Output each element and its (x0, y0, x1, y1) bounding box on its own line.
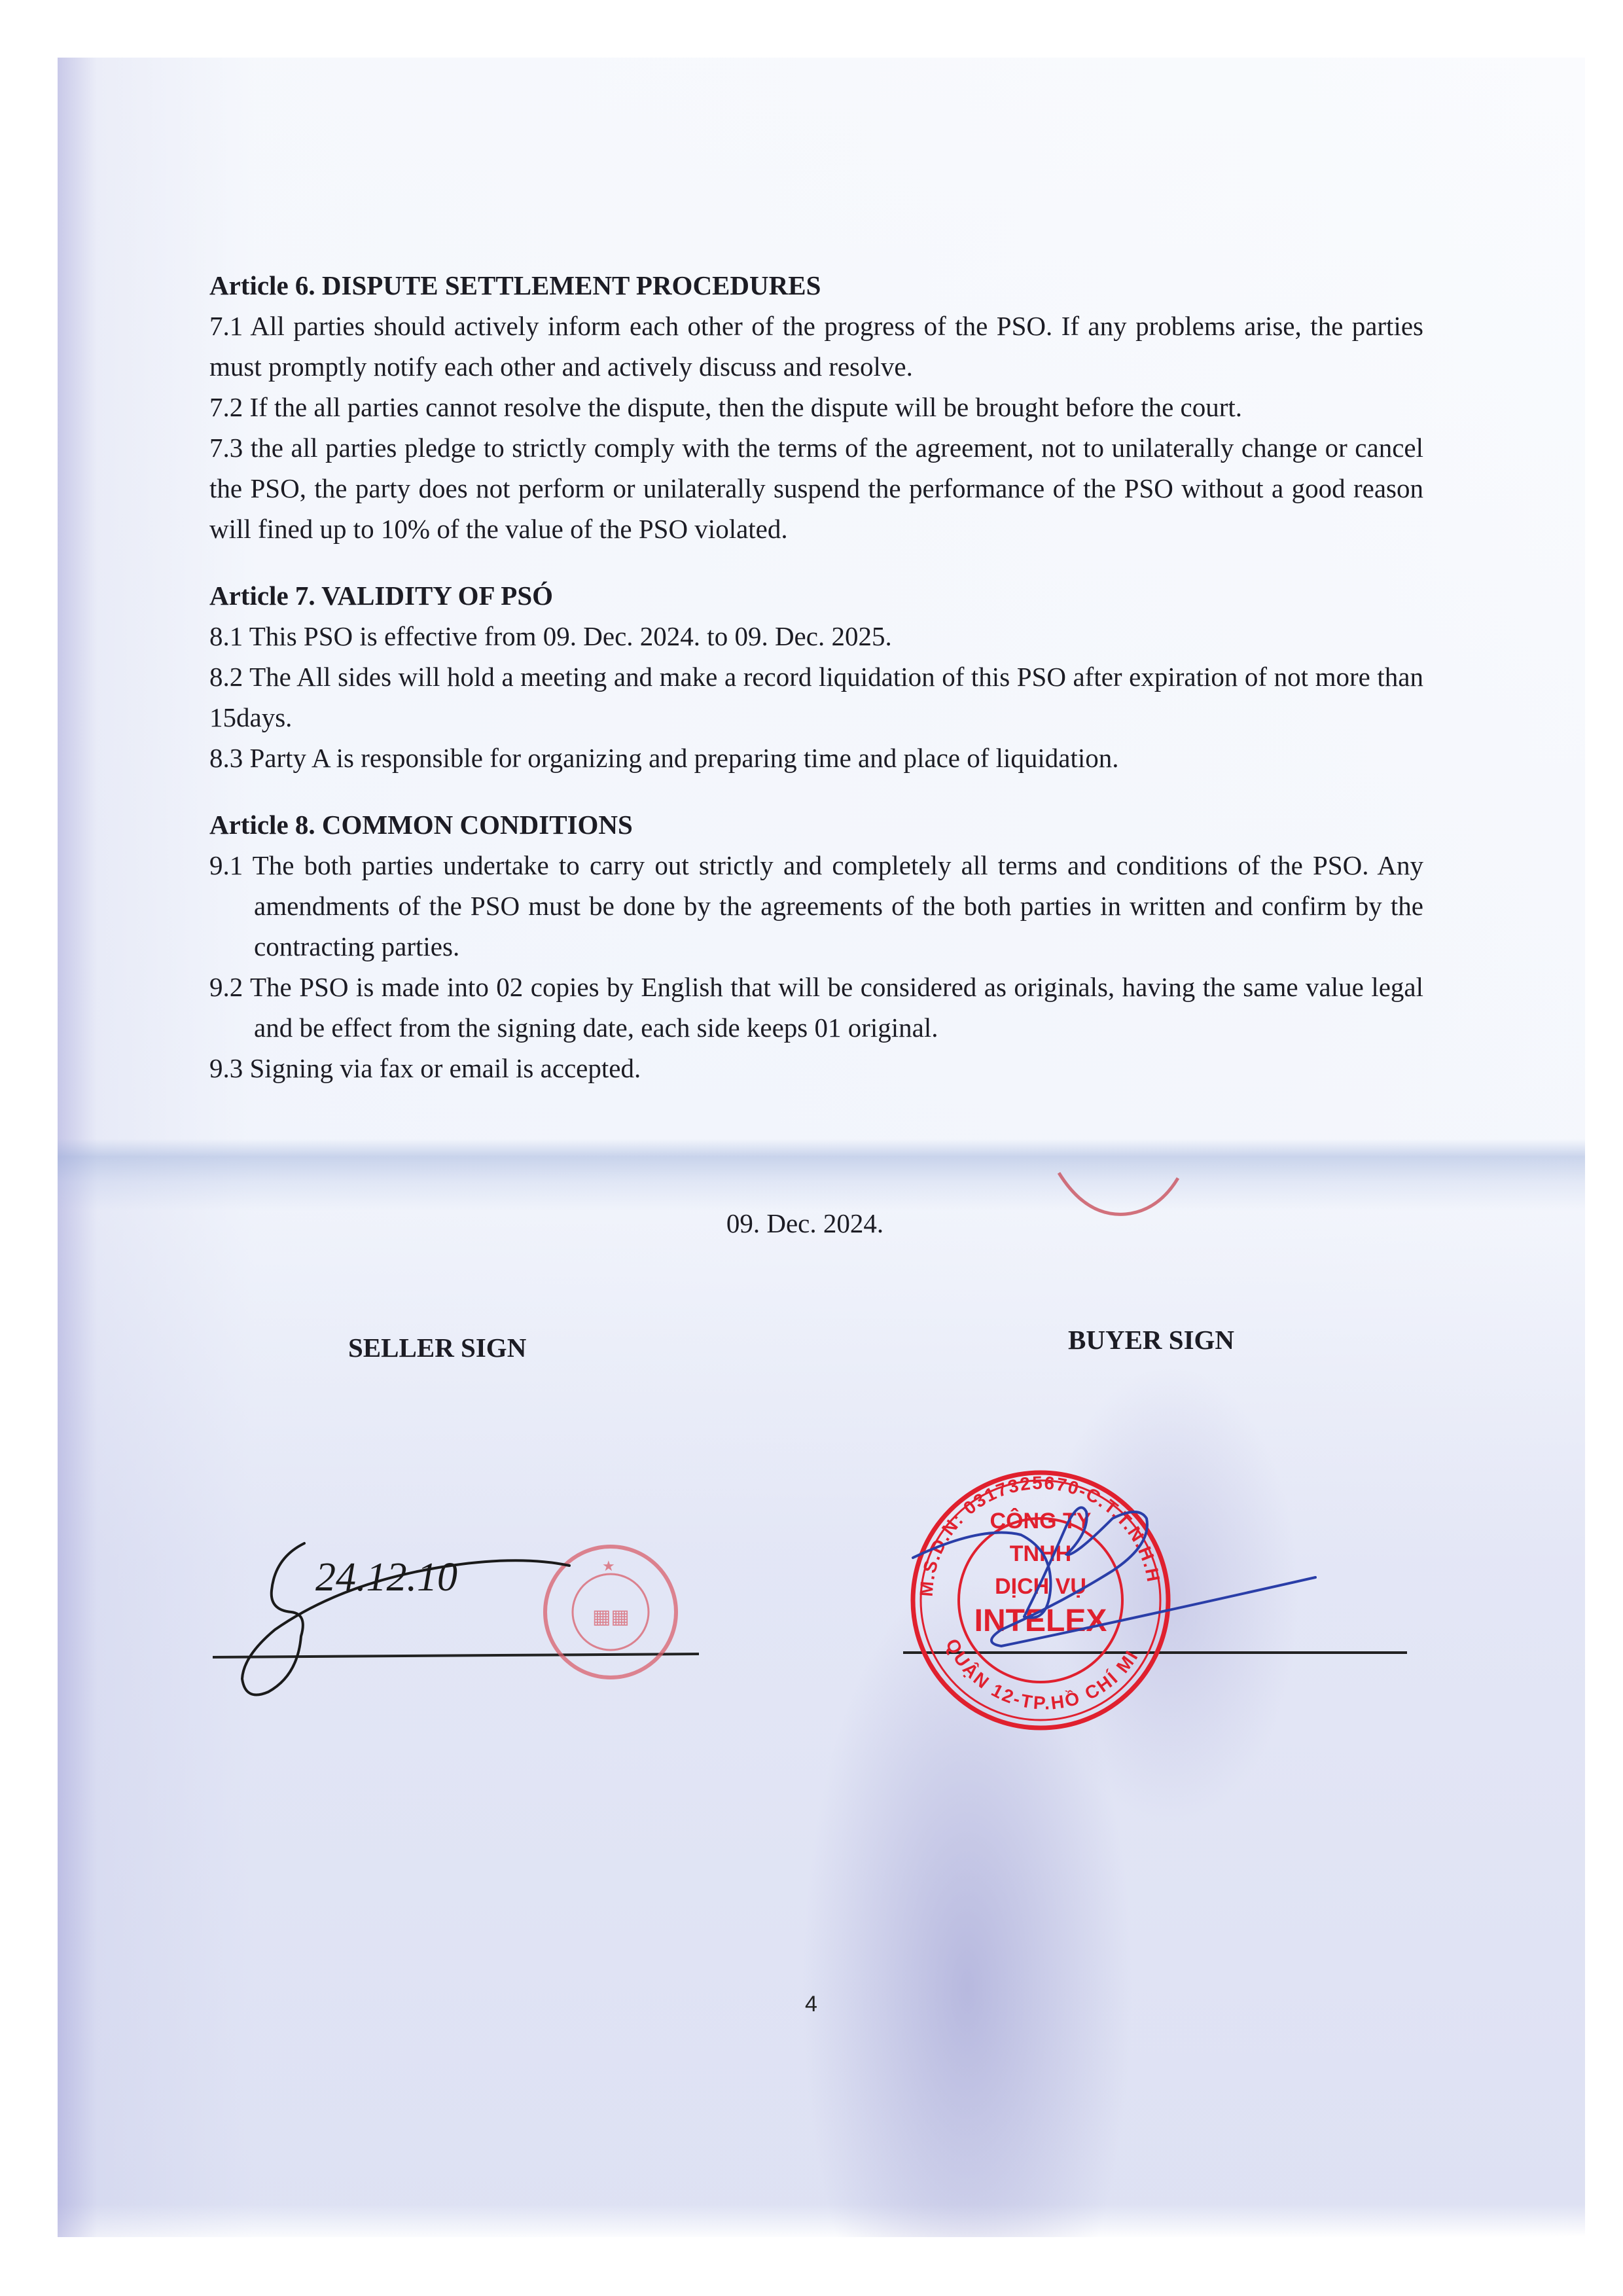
clause-7-2: 7.2 If the all parties cannot resolve th… (209, 387, 1423, 427)
clause-8-1: 8.1 This PSO is effective from 09. Dec. … (209, 616, 1423, 656)
signing-date-text: 09. Dec. 2024. (726, 1208, 883, 1238)
signing-date: 09. Dec. 2024. (0, 1208, 1623, 1239)
article-7-heading: Article 7. VALIDITY OF PSÓ (209, 575, 1423, 616)
paper-fold-shadow (58, 1139, 1585, 1211)
clause-8-2: 8.2 The All sides will hold a meeting an… (209, 656, 1423, 738)
clause-9-1: 9.1 The both parties undertake to carry … (209, 845, 1423, 967)
clause-9-2: 9.2 The PSO is made into 02 copies by En… (209, 967, 1423, 1048)
document-body: Article 6. DISPUTE SETTLEMENT PROCEDURES… (209, 265, 1423, 1088)
article-8-heading: Article 8. COMMON CONDITIONS (209, 804, 1423, 845)
clause-7-3: 7.3 the all parties pledge to strictly c… (209, 427, 1423, 549)
article-6-heading: Article 6. DISPUTE SETTLEMENT PROCEDURES (209, 265, 1423, 306)
article-6: Article 6. DISPUTE SETTLEMENT PROCEDURES… (209, 265, 1423, 549)
clause-8-3: 8.3 Party A is responsible for organizin… (209, 738, 1423, 778)
clause-7-1: 7.1 All parties should actively inform e… (209, 306, 1423, 387)
article-7: Article 7. VALIDITY OF PSÓ 8.1 This PSO … (209, 575, 1423, 778)
buyer-sign-label: BUYER SIGN (1068, 1324, 1234, 1355)
clause-9-3: 9.3 Signing via fax or email is accepted… (209, 1048, 1423, 1088)
article-8: Article 8. COMMON CONDITIONS 9.1 The bot… (209, 804, 1423, 1088)
page-number: 4 (805, 1992, 817, 2017)
seller-sign-label: SELLER SIGN (348, 1332, 526, 1363)
